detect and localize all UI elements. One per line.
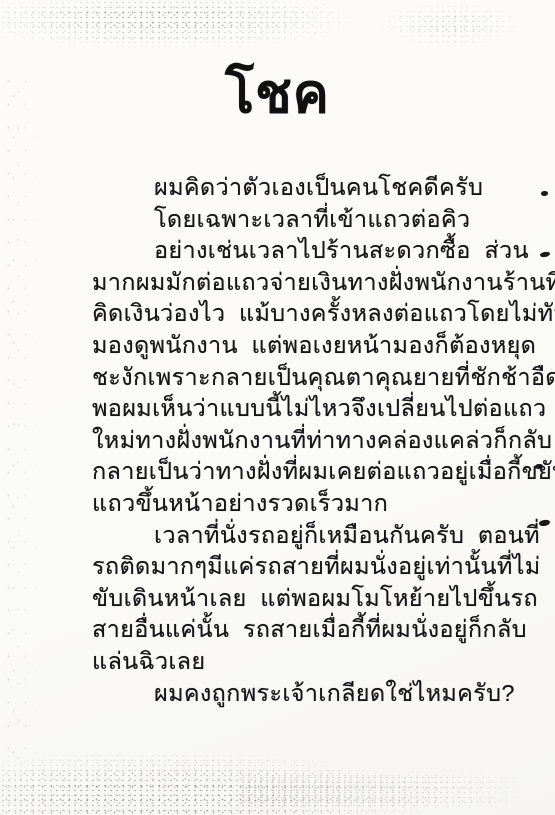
scanned-page: โชค ผมคิดว่าตัวเองเป็นคนโชคดีครับ โดยเฉพ… [0, 0, 555, 815]
text-line: รถติดมากๆมีแค่รถสายที่ผมนั่งอยู่เท่านั้น… [92, 551, 492, 583]
scan-smudge-top-left [0, 0, 350, 70]
ink-mark [541, 191, 548, 196]
scan-smudge-bottom [0, 748, 555, 815]
text-line: สายอื่นแค่นั้น รถสายเมื่อกี้ที่ผมนั่งอยู… [92, 614, 492, 646]
text-line: อย่างเช่นเวลาไปร้านสะดวกซื้อ ส่วน [92, 235, 492, 267]
text-line: ผมคิดว่าตัวเองเป็นคนโชคดีครับ [92, 172, 492, 204]
text-line: ชะงักเพราะกลายเป็นคุณตาคุณยายที่ชักช้าอื… [92, 362, 492, 394]
text-line: กลายเป็นว่าทางฝั่งที่ผมเคยต่อแถวอยู่เมื่… [92, 456, 492, 488]
ink-mark [539, 519, 551, 526]
text-line: คิดเงินว่องไว แม้บางครั้งหลงต่อแถวโดยไม่… [92, 298, 492, 330]
text-line: แล่นฉิวเลย [92, 646, 492, 678]
scan-smudge-left-edge [0, 70, 48, 760]
text-line: ขับเดินหน้าเลย แต่พอผมโมโหย้ายไปขึ้นรถ [92, 583, 492, 615]
text-line: โดยเฉพาะเวลาที่เข้าแถวต่อคิว [92, 204, 492, 236]
text-line: แถวขึ้นหน้าอย่างรวดเร็วมาก [92, 488, 492, 520]
text-line: พอผมเห็นว่าแบบนี้ไม่ไหวจึงเปลี่ยนไปต่อแถ… [92, 393, 492, 425]
body-text: ผมคิดว่าตัวเองเป็นคนโชคดีครับ โดยเฉพาะเว… [92, 172, 492, 709]
text-line: ผมคงถูกพระเจ้าเกลียดใช่ไหมครับ? [92, 678, 492, 710]
text-line: มองดูพนักงาน แต่พอเงยหน้ามองก็ต้องหยุด [92, 330, 492, 362]
text-line: เวลาที่นั่งรถอยู่ก็เหมือนกันครับ ตอนที่ [92, 520, 492, 552]
ink-mark [540, 251, 551, 257]
scan-smudge-top-right [368, 4, 518, 56]
page-title: โชค [0, 64, 555, 124]
scan-smudge-bottom-right [240, 775, 540, 807]
text-line: ใหม่ทางฝั่งพนักงานที่ท่าทางคล่องแคล่วก็ก… [92, 425, 492, 457]
text-line: มากผมมักต่อแถวจ่ายเงินทางฝั่งพนักงานร้าน… [92, 267, 492, 299]
